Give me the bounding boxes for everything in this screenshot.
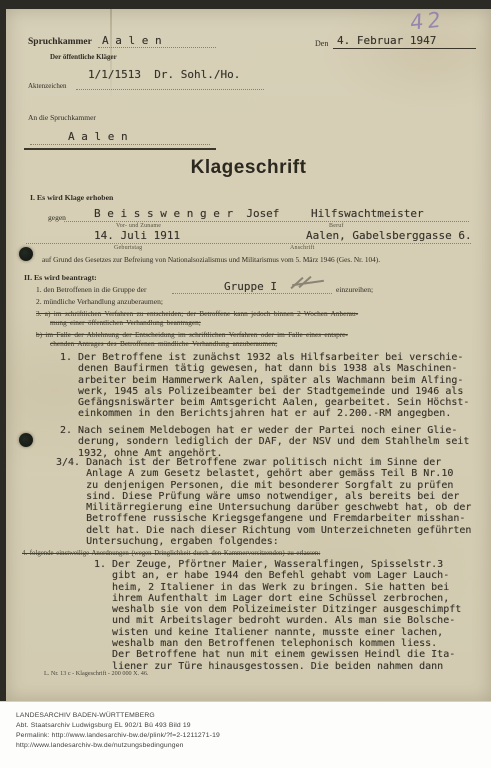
paragraph-1: 1. Der Betroffene ist zunächst 1932 als …: [60, 352, 469, 420]
prosecutor-label: Der öffentliche Kläger: [50, 53, 117, 61]
document-paper: 42 Spruchkammer A a l e n Den 4. Februar…: [6, 9, 491, 701]
office-label: Spruchkammer: [28, 37, 92, 47]
witness-paragraph: 1. Der Zeuge, Pförtner Maier, Wasseralfi…: [94, 559, 461, 672]
archive-caption-strip: LANDESARCHIV BADEN-WÜRTTEMBERG Abt. Staa…: [0, 701, 491, 768]
typed-line: denen Baufirmen tätig gewesen, hat dann …: [60, 363, 469, 374]
typed-line: weshalb man den Betroffenen telephonisch…: [94, 638, 461, 649]
defendant-occupation: Hilfswachtmeister: [311, 207, 424, 220]
name-rule: [64, 221, 469, 222]
typed-line: 1. Der Zeuge, Pförtner Maier, Wasseralfi…: [94, 559, 461, 570]
section2-heading: II. Es wird beantragt:: [24, 273, 97, 282]
archive-reference: Abt. Staatsarchiv Ludwigsburg EL 902/1 B…: [16, 722, 191, 729]
typed-line: Gefängsniswärter beim Amtsgericht Aalen,…: [60, 397, 469, 408]
typed-line: zu denjenigen Personen, die mit besonder…: [56, 480, 471, 491]
request-item3-line2: mung einer öffentlichen Verhandlung bean…: [50, 318, 201, 327]
defendant-name: B e i s s w e n g e r Josef: [94, 207, 279, 220]
paragraph-3-4: 3/4. Danach ist der Betroffene zwar poli…: [56, 457, 471, 547]
typed-line: gibt an, er habe 1944 den Befehl gehabt …: [94, 570, 461, 581]
typed-line: einkommen in den Berichtsjahren hat er a…: [60, 408, 469, 419]
request-item3b-line1: b) im Falle der Ablehnung der Entscheidu…: [36, 330, 348, 339]
group-classification-value: Gruppe I: [224, 280, 277, 293]
date-label: Den: [315, 39, 328, 48]
typed-line: Der Betroffene hat nun mit einem gewisse…: [94, 649, 461, 660]
typed-line: heim, 2 Italiener in das Werk zu bringen…: [94, 582, 461, 593]
archive-permalink: Permalink: http://www.landesarchiv-bw.de…: [16, 732, 220, 739]
punch-hole-bottom: [19, 433, 33, 447]
typed-line: Betroffene russische Kriegsgefangene und…: [56, 513, 471, 524]
addressee-label: An die Spruchkammer: [28, 113, 96, 122]
file-number-label: Aktenzeichen: [28, 82, 66, 90]
request-item2: 2. mündliche Verhandlung anzuberaumen;: [36, 297, 163, 306]
date-rule: [333, 48, 476, 49]
archive-name: LANDESARCHIV BADEN-WÜRTTEMBERG: [16, 712, 155, 719]
birth-field-label: Geburtstag: [114, 245, 142, 251]
birth-rule: [26, 243, 471, 244]
typed-line: wisten und keine Italiener nannte, musst…: [94, 627, 461, 638]
typed-line: arbeiter beim Hammerwerk Aalen, später a…: [60, 375, 469, 386]
request-item3-line1: 3. a) im schriftlichen Verfahren zu ents…: [36, 309, 358, 318]
file-number-value: 1/1/1513 Dr. Sohl./Ho.: [88, 68, 240, 81]
office-rule: [98, 47, 216, 48]
section1-heading: I. Es wird Klage erhoben: [30, 193, 113, 202]
date-value: 4. Februar 1947: [337, 34, 436, 47]
typed-line: ihrem Aufenthalt im Lager dort eine Schü…: [94, 593, 461, 604]
typed-line: delt hat. Die nach dieser Richtung vom U…: [56, 525, 471, 536]
punch-hole-top: [19, 247, 33, 261]
typed-line: 2. Nach seinem Meldebogen hat er weder d…: [60, 425, 469, 436]
paragraph-2: 2. Nach seinem Meldebogen hat er weder d…: [60, 425, 469, 459]
legal-basis-line: auf Grund des Gesetzes zur Befreiung von…: [42, 255, 380, 264]
request-item1-post: einzureihen;: [336, 285, 373, 294]
pencil-annotation: 42: [410, 7, 445, 35]
defendant-address: Aalen, Gabelsberggasse 6.: [306, 229, 472, 242]
address-field-label: Anschrift: [290, 245, 314, 251]
form-print-footer: L. Nr. 13 c - Klageschrift - 200 000 X. …: [44, 670, 148, 677]
typed-line: Untersuchung, ergaben folgendes:: [56, 536, 471, 547]
typed-line: Anlage A zum Gesetz belastet, gehört abe…: [56, 468, 471, 479]
request-item3b-line2: chenden Antrages des Betroffenen mündlic…: [50, 339, 277, 348]
defendant-birthdate: 14. Juli 1911: [94, 229, 180, 242]
request-item1-pre: 1. den Betroffenen in die Gruppe der: [36, 285, 146, 294]
request-item4-struck: 4. folgende einstweilige Anordnungen (we…: [22, 550, 320, 557]
typed-line: weshalb sie von dem Polizeimeister Ditzi…: [94, 604, 461, 615]
addressee-underline: [24, 148, 216, 150]
typed-line: werk, 1945 als Polizeibeamter bei der St…: [60, 386, 469, 397]
typed-line: liener zur Türe hinausgestossen. Die bei…: [94, 661, 461, 672]
group-rule: [172, 293, 332, 294]
handwritten-check-mark: [292, 273, 326, 291]
typed-line: 3/4. Danach ist der Betroffene zwar poli…: [56, 457, 471, 468]
typed-line: 1. Der Betroffene ist zunächst 1932 als …: [60, 352, 469, 363]
typed-line: sind. Diese Prüfung wäre umso notwendige…: [56, 491, 471, 502]
addressee-dot-rule: [30, 144, 210, 145]
archive-terms-url: http://www.landesarchiv-bw.de/nutzungsbe…: [16, 742, 184, 749]
typed-line: und mit Arbeitslager bedroht wurden. Als…: [94, 615, 461, 626]
addressee-value: A a l e n: [68, 130, 128, 143]
page-title: Klageschrift: [6, 157, 491, 179]
office-value: A a l e n: [102, 34, 162, 47]
file-number-rule: [76, 89, 264, 90]
scanned-document-page: { "scan": { "pencil_note": "42" }, "form…: [0, 0, 491, 768]
typed-line: derung, sondern lediglich der DAF, der N…: [60, 436, 469, 447]
typed-line: Militärregierung eine Untersuchung darüb…: [56, 502, 471, 513]
